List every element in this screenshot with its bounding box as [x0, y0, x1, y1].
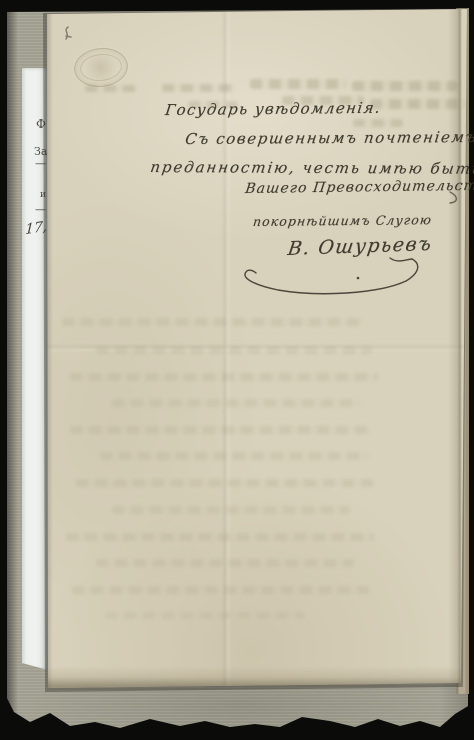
ink-flourishes — [0, 0, 474, 740]
signature-flourish — [245, 259, 418, 294]
pencil-mark — [66, 27, 71, 39]
signature-tail — [390, 258, 412, 261]
line4-tail — [450, 192, 456, 203]
archival-scan: Ф За — и — 17,. Государь увѣдомленія. Съ… — [0, 0, 474, 740]
flourish-dot — [357, 277, 360, 280]
